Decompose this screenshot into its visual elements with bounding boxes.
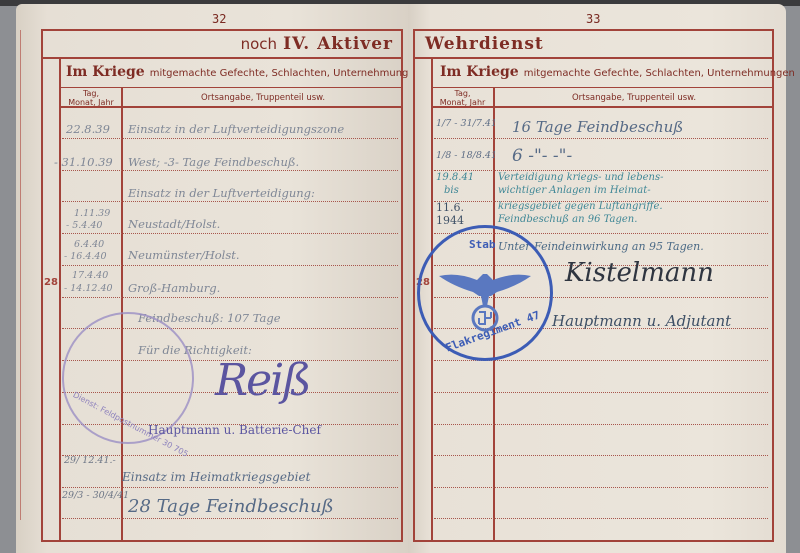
entry-text: Neustadt/Holst. xyxy=(128,217,220,231)
entry-date: 19.8.41 xyxy=(436,172,474,183)
section-heading-rest: mitgemachte Gefechte, Schlachten, Untern… xyxy=(150,68,421,79)
entry-text: 6 -"- -"- xyxy=(512,146,572,166)
entry-date: 6.4.40 xyxy=(74,239,104,250)
entry-text: Groß-Hamburg. xyxy=(128,281,220,295)
signature-right: Kistelmann xyxy=(565,258,714,288)
divider xyxy=(431,87,772,88)
signature-title-left: Hauptmann u. Batterie-Chef xyxy=(148,423,321,437)
page-number-left: 32 xyxy=(212,12,226,26)
entry-text: Neumünster/Holst. xyxy=(128,248,240,262)
ruled-line xyxy=(434,138,768,139)
entry-text: Einsatz im Heimatkriegsgebiet xyxy=(122,470,310,484)
ruled-line xyxy=(434,424,768,425)
left-section-heading: Im Kriege mitgemachte Gefechte, Schlacht… xyxy=(66,64,421,80)
entry-date: - 14.12.40 xyxy=(64,283,113,294)
eagle-emblem-icon xyxy=(437,266,533,332)
entry-date: - 5.4.40 xyxy=(66,220,102,231)
column-header-date-line1: Tag, xyxy=(433,89,492,98)
entry-text: Einsatz in der Luftverteidigungszone xyxy=(128,122,344,136)
ruled-line xyxy=(62,201,398,202)
entry-date: 1/8 - 18/8.41 xyxy=(436,150,497,161)
ruled-line xyxy=(62,265,398,266)
right-title-bar: Wehrdienst xyxy=(415,31,772,59)
entry-text: Feindbeschuß an 96 Tagen. xyxy=(498,214,637,225)
page-title-right: Wehrdienst xyxy=(425,34,544,54)
entry-date: 1.11.39 xyxy=(74,208,110,219)
entry-text: Verteidigung kriegs- und lebens- xyxy=(498,172,664,183)
entry-date: 1944 xyxy=(436,214,464,227)
ruled-line xyxy=(62,233,398,234)
page-title-left: IV. Aktiver xyxy=(283,34,393,54)
ruled-line xyxy=(62,138,398,139)
entry-date: - 16.4.40 xyxy=(64,251,107,262)
entry-date: - 31.10.39 xyxy=(54,155,113,169)
signature-left: Reiß xyxy=(215,355,310,406)
section-heading-bold: Im Kriege xyxy=(66,64,145,80)
column-header-date-line1: Tag, xyxy=(61,89,121,98)
signature-title-right: Hauptmann u. Adjutant xyxy=(552,312,731,330)
column-header-place: Ortsangabe, Truppenteil usw. xyxy=(496,94,772,103)
entry-date: 17.4.40 xyxy=(72,270,108,281)
entry-text: 28 Tage Feindbeschuß xyxy=(128,496,334,517)
entry-date: 11.6. xyxy=(436,201,464,214)
ruled-line xyxy=(434,170,768,171)
margin-number-left: 28 xyxy=(44,277,58,288)
title-prefix: noch xyxy=(241,35,277,53)
entry-date: 29/ 12.41.- xyxy=(64,455,116,466)
entry-date: 1/7 - 31/7.41 xyxy=(436,118,497,129)
section-heading-bold: Im Kriege xyxy=(440,64,519,80)
ruled-line xyxy=(434,455,768,456)
page-number-right: 33 xyxy=(586,12,600,26)
ruled-line xyxy=(434,487,768,488)
entry-date: 22.8.39 xyxy=(66,122,110,136)
divider xyxy=(59,87,401,88)
ruled-line xyxy=(62,518,398,519)
entry-text: West; -3- Tage Feindbeschuß. xyxy=(128,155,299,169)
page-stack-edge xyxy=(20,30,21,520)
column-header-date: Tag, Monat, Jahr xyxy=(433,89,492,107)
left-margin-line xyxy=(59,57,61,541)
entry-text: wichtiger Anlagen im Heimat- xyxy=(498,185,651,196)
column-header-place: Ortsangabe, Truppenteil usw. xyxy=(125,94,401,103)
entry-text: 16 Tage Feindbeschuß xyxy=(512,118,683,136)
divider xyxy=(59,106,401,108)
ruled-line xyxy=(62,487,398,488)
ruled-line xyxy=(62,297,398,298)
entry-date: bis xyxy=(444,185,459,196)
right-section-heading: Im Kriege mitgemachte Gefechte, Schlacht… xyxy=(440,64,795,80)
ruled-line xyxy=(434,392,768,393)
entry-text: Einsatz in der Luftverteidigung: xyxy=(128,186,315,200)
stamp-top-text: Stab xyxy=(469,238,496,251)
entry-date: 29/3 - 30/4/41 xyxy=(62,490,129,501)
entry-text: kriegsgebiet gegen Luftangriffe. xyxy=(498,201,663,212)
ruled-line xyxy=(62,170,398,171)
section-heading-rest: mitgemachte Gefechte, Schlachten, Untern… xyxy=(524,68,795,79)
left-title-bar: noch IV. Aktiver xyxy=(43,31,401,59)
column-header-date: Tag, Monat, Jahr xyxy=(61,89,121,107)
divider xyxy=(431,106,772,108)
ruled-line xyxy=(434,518,768,519)
